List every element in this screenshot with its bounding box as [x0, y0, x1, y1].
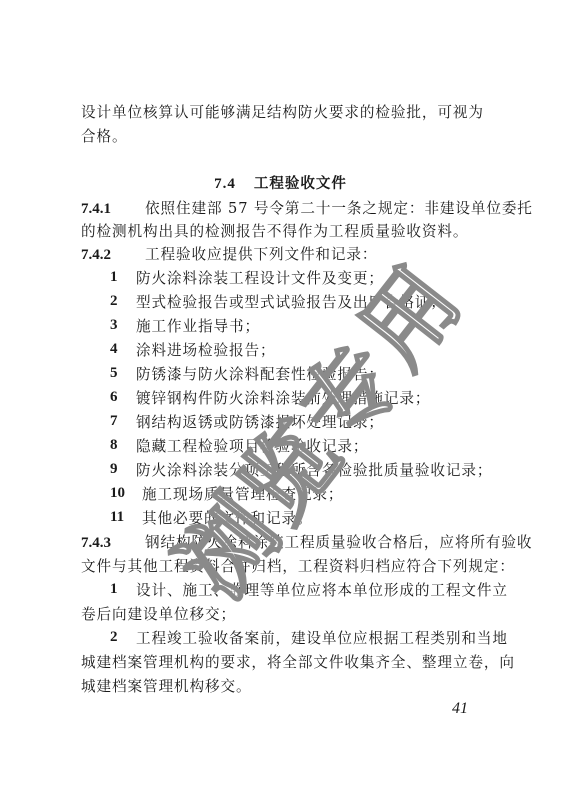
document-page: 设计单位核算认可能够满足结构防火要求的检验批，可视为 合格。 7.4工程验收文件…: [0, 0, 561, 804]
item-text: 隐藏工程检验项目检验验收记录；: [136, 437, 368, 457]
item-number: 2: [110, 629, 118, 646]
item-text: 防火涂料涂装分项工程所含各检验批质量验收记录；: [136, 461, 492, 481]
clause-text: 依照住建部 57 号令第二十一条之规定：非建设单位委托: [145, 200, 533, 217]
clause-742: 7.4.2工程验收应提供下列文件和记录：: [81, 245, 481, 265]
item-text: 防锈漆与防火涂料配套性检验报告；: [136, 365, 384, 385]
item-number: 1: [110, 581, 118, 598]
item-text: 设计、施工、监理等单位应将本单位形成的工程文件立: [136, 581, 508, 601]
item-number: 2: [110, 293, 118, 310]
clause-743-line2: 文件与其他工程资料合并归档，工程资料归档应符合下列规定：: [81, 557, 481, 577]
item-number: 6: [110, 389, 118, 406]
page-number: 41: [452, 700, 468, 718]
item-text: 工程竣工验收备案前，建设单位应根据工程类别和当地: [136, 629, 508, 649]
clause-number: 7.4.3: [81, 533, 145, 553]
item-text: 施工现场质量管理检查记录；: [142, 485, 343, 505]
item-text-continuation: 城建档案管理机构的要求，将全部文件收集齐全、整理立卷，向: [81, 653, 481, 673]
intro-paragraph-line: 合格。: [81, 127, 481, 147]
clause-number: 7.4.2: [81, 245, 145, 265]
item-number: 7: [110, 413, 118, 430]
clause-text: 工程验收应提供下列文件和记录：: [145, 246, 377, 263]
item-text: 其他必要的文件和记录。: [142, 509, 312, 529]
item-text: 防火涂料涂装工程设计文件及变更；: [136, 269, 384, 289]
item-number: 10: [110, 485, 125, 502]
clause-743: 7.4.3钢结构防火涂料涂装工程质量验收合格后，应将所有验收: [81, 533, 481, 553]
item-text: 施工作业指导书；: [136, 317, 260, 337]
item-number: 3: [110, 317, 118, 334]
item-text: 镀锌钢构件防火涂料涂装前处理措施记录；: [136, 389, 430, 409]
item-number: 5: [110, 365, 118, 382]
intro-paragraph-line: 设计单位核算认可能够满足结构防火要求的检验批，可视为: [81, 103, 481, 123]
item-number: 4: [110, 341, 118, 358]
section-title: 工程验收文件: [254, 176, 347, 192]
item-text: 型式检验报告或型式试验报告及出厂合格证；: [136, 293, 446, 313]
section-heading: 7.4工程验收文件: [0, 172, 561, 193]
item-text-continuation: 城建档案管理机构移交。: [81, 677, 481, 697]
clause-number: 7.4.1: [81, 199, 145, 219]
item-number: 11: [110, 509, 124, 526]
item-number: 9: [110, 461, 118, 478]
clause-741: 7.4.1依照住建部 57 号令第二十一条之规定：非建设单位委托: [81, 199, 481, 219]
section-number: 7.4: [214, 176, 236, 192]
clause-741-line2: 的检测机构出具的检测报告不得作为工程质量验收资料。: [81, 222, 481, 242]
item-text-continuation: 卷后向建设单位移交；: [81, 605, 481, 625]
clause-text: 钢结构防火涂料涂装工程质量验收合格后，应将所有验收: [145, 534, 532, 551]
item-text: 涂料进场检验报告；: [136, 341, 275, 361]
item-number: 8: [110, 437, 118, 454]
item-text: 钢结构返锈或防锈漆损坏处理记录；: [136, 413, 384, 433]
item-number: 1: [110, 269, 118, 286]
